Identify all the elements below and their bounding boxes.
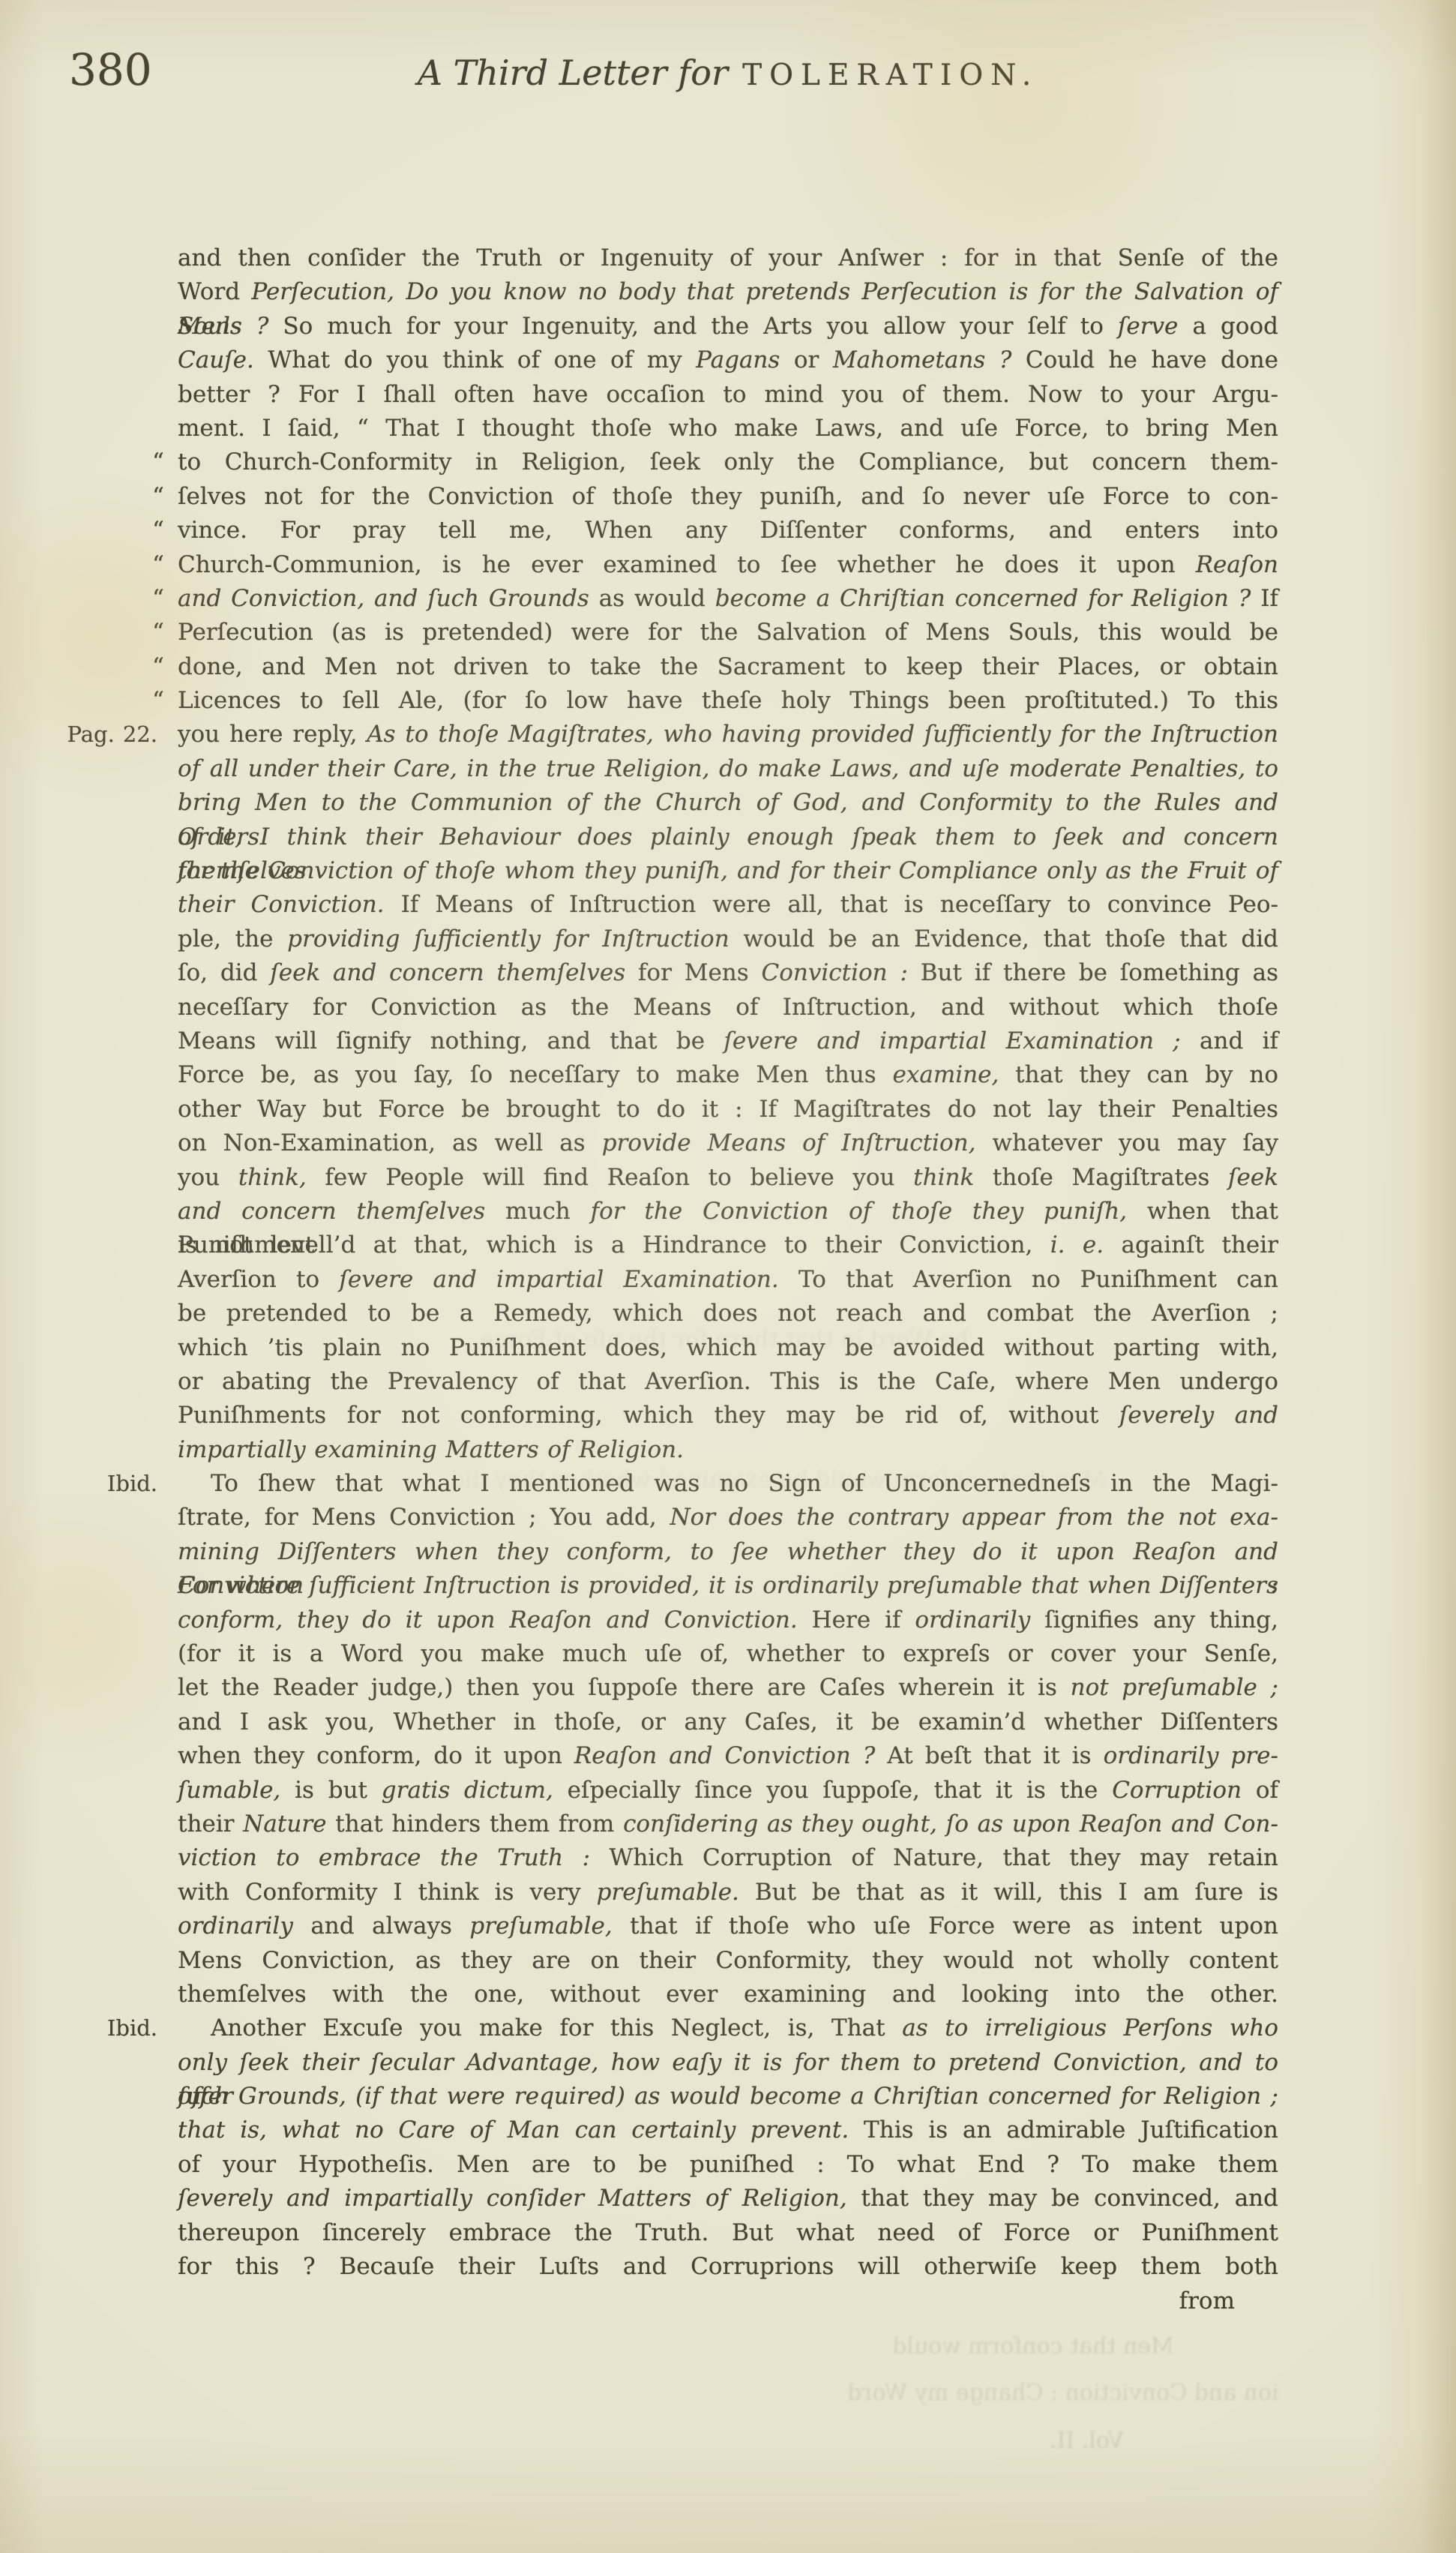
text-segment: ſuch Grounds, (if that were required) as… <box>178 2083 1278 2110</box>
text-segment: let the Reader judge,) then you ſuppoſe … <box>178 1674 1071 1701</box>
text-segment: you here reply, <box>178 721 367 748</box>
text-segment: to Church-Conformity in Religion, ſeek o… <box>178 448 1278 475</box>
text-segment: much <box>485 1198 590 1225</box>
text-segment: Corruption <box>1112 1777 1242 1804</box>
text-segment: Puniſhments for not conforming, which th… <box>178 1402 1119 1429</box>
text-segment: againſt their <box>1104 1231 1278 1258</box>
text-segment: ment. I ſaid, “ That I thought thoſe who… <box>178 415 1278 442</box>
text-segment: for the Conviction of thoſe whom they pu… <box>178 857 1278 884</box>
text-segment: and Conviction, and ſuch Grounds <box>178 585 599 612</box>
text-line: their Nature that hinders them from conſ… <box>178 1807 1278 1841</box>
text-segment: To ſhew that what I mentioned was no Sig… <box>211 1470 1278 1497</box>
text-line: or abating the Prevalency of that Averſi… <box>178 1365 1278 1399</box>
text-segment: that they can by no <box>999 1061 1278 1088</box>
book-page: 380 A Third Letter for TOLERATION. and t… <box>0 0 1456 2553</box>
text-segment: for the Conviction of thoſe they puniſh, <box>591 1198 1127 1225</box>
text-line: be pretended to be a Remedy, which does … <box>178 1297 1278 1330</box>
text-segment: for Mens <box>625 959 761 986</box>
text-segment: vince. For pray tell me, When any Diſſen… <box>178 517 1278 544</box>
text-line: “Church-Communion, is he ever examined t… <box>178 548 1278 582</box>
text-segment: and if <box>1181 1027 1278 1054</box>
text-line: with Conformity I think is very preſumab… <box>178 1876 1278 1909</box>
text-line: and concern themſelves much for the Conv… <box>178 1195 1278 1228</box>
quote-mark: “ <box>152 616 164 649</box>
text-line: Averſion to ſevere and impartial Examina… <box>178 1263 1278 1297</box>
text-segment: To that Averſion no Puniſhment can <box>779 1266 1278 1293</box>
text-segment: when they conform, do it upon <box>178 1742 574 1769</box>
text-line: and I ask you, Whether in thoſe, or any … <box>178 1705 1278 1739</box>
text-line: ſeverely and impartially conſider Matter… <box>178 2182 1278 2215</box>
text-segment: of <box>1242 1777 1278 1804</box>
text-segment: ſeverely and impartially conſider Matter… <box>178 2185 847 2212</box>
text-segment: better ? For I ſhall often have occaſion… <box>178 381 1278 408</box>
text-line: of it, I think their Behaviour does plai… <box>178 820 1278 854</box>
text-segment: that is, what no Care of Man can certain… <box>178 2116 849 2143</box>
text-segment: Perſecution (as is pretended) were for t… <box>178 619 1278 646</box>
text-segment: or abating the Prevalency of that Averſi… <box>178 1368 1278 1395</box>
margin-note: Ibid. <box>54 2011 157 2045</box>
text-segment: impartially examining Matters of Religio… <box>178 1436 684 1463</box>
text-segment: ſumable, <box>178 1777 280 1804</box>
quote-mark: “ <box>152 548 164 582</box>
text-segment: conſidering as they ought, ſo as upon Re… <box>623 1810 1278 1837</box>
text-segment: At beſt that it is <box>875 1742 1103 1769</box>
quote-mark: “ <box>152 684 164 718</box>
text-segment: you <box>178 1164 238 1191</box>
text-line: other Way but Force be brought to do it … <box>178 1093 1278 1126</box>
text-segment: become a Chriſtian concerned for Religio… <box>715 585 1260 612</box>
text-segment: neceſſary for Conviction as the Means of… <box>178 994 1278 1021</box>
text-line: conform, they do it upon Reaſon and Conv… <box>178 1603 1278 1637</box>
text-line: which ’tis plain no Puniſhment does, whi… <box>178 1331 1278 1365</box>
text-line: ſuch Grounds, (if that were required) as… <box>178 2080 1278 2113</box>
text-segment: for this ? Becauſe their Luſts and Corru… <box>178 2253 1278 2280</box>
text-segment: as to irreligious Perſons who <box>902 2014 1278 2041</box>
text-line: Souls ? So much for your Ingenuity, and … <box>178 310 1278 343</box>
text-segment: ſtrate, for Mens Conviction ; You add, <box>178 1504 670 1531</box>
text-line: impartially examining Matters of Religio… <box>178 1433 1278 1467</box>
text-segment: thoſe Magiſtrates <box>974 1164 1228 1191</box>
catchword: from <box>178 2284 1278 2318</box>
text-segment: ordinarily <box>915 1606 1030 1633</box>
text-segment: For where ſufficient Inſtruction is prov… <box>178 1572 1278 1599</box>
text-line: “and Conviction, and ſuch Grounds as wou… <box>178 582 1278 616</box>
text-segment: Cauſe. <box>178 346 254 373</box>
header-title-italic: A Third Letter for <box>418 52 728 93</box>
quote-mark: “ <box>152 480 164 514</box>
text-segment: that hinders them from <box>327 1810 624 1837</box>
text-segment: So much for your Ingenuity, and the Arts… <box>283 313 1118 340</box>
bleedthrough-text: Vol. II. <box>1050 2425 1124 2457</box>
text-segment: as would <box>599 585 715 612</box>
margin-note: Ibid. <box>54 1467 157 1501</box>
text-segment: ſelves not for the Conviction of thoſe t… <box>178 483 1278 510</box>
text-segment: and then conſider the Truth or Ingenuity… <box>178 244 1278 271</box>
bleedthrough-text: Men that conform would <box>892 2331 1174 2362</box>
text-segment: preſumable, <box>469 1912 612 1939</box>
text-line: “ſelves not for the Conviction of thoſe … <box>178 480 1278 514</box>
text-line: for this ? Becauſe their Luſts and Corru… <box>178 2250 1278 2284</box>
text-segment: themſelves with the one, without ever ex… <box>178 1981 1278 2008</box>
text-segment: and concern themſelves <box>178 1198 485 1225</box>
text-line: “Licences to ſell Ale, (for ſo low have … <box>178 684 1278 718</box>
text-segment: their <box>178 1810 243 1837</box>
text-segment: think <box>913 1164 974 1191</box>
text-segment: Force be, as you ſay, ſo neceſſary to ma… <box>178 1061 893 1088</box>
text-segment: or <box>780 346 833 373</box>
text-segment: Nature <box>243 1810 326 1837</box>
text-line: mining Diſſenters when they conform, to … <box>178 1535 1278 1569</box>
text-line: Word Perſecution, Do you know no body th… <box>178 275 1278 309</box>
text-line: of your Hypotheſis. Men are to be puniſh… <box>178 2148 1278 2182</box>
text-segment: not preſumable ; <box>1071 1674 1278 1701</box>
bleedthrough-text: ion and Conviction : Change my Word <box>847 2377 1279 2409</box>
text-line: neceſſary for Conviction as the Means of… <box>178 991 1278 1024</box>
text-segment: Could he have done <box>1011 346 1278 373</box>
text-line: Means will ſignify nothing, and that be … <box>178 1024 1278 1058</box>
text-line: their Conviction. If Means of Inſtructio… <box>178 888 1278 922</box>
text-segment: Reaſon <box>1196 551 1278 578</box>
text-segment: ſerve <box>1118 313 1179 340</box>
text-line: For where ſufficient Inſtruction is prov… <box>178 1569 1278 1603</box>
text-segment: Mens Conviction, as they are on their Co… <box>178 1947 1278 1974</box>
text-segment: on Non-Examination, as well as <box>178 1129 602 1156</box>
text-segment: whatever you may ſay <box>975 1129 1278 1156</box>
text-segment: ordinarily pre- <box>1104 1742 1278 1769</box>
text-line: “vince. For pray tell me, When any Diſſe… <box>178 514 1278 547</box>
text-segment: a good <box>1178 313 1278 340</box>
text-segment: done, and Men not driven to take the Sac… <box>178 653 1278 680</box>
text-block: and then conſider the Truth or Ingenuity… <box>178 241 1278 2284</box>
text-line: (for it is a Word you make much uſe of, … <box>178 1637 1278 1671</box>
text-segment: Averſion to <box>178 1266 339 1293</box>
text-segment: Pagans <box>696 346 780 373</box>
text-segment: that if thoſe who uſe Force were as inte… <box>613 1912 1278 1939</box>
text-segment: ſevere and impartial Examination. <box>339 1266 778 1293</box>
text-segment: few People will find Reaſon to believe y… <box>307 1164 913 1191</box>
text-segment: If Means of Inſtruction were all, that i… <box>385 891 1278 918</box>
text-line: for the Conviction of thoſe whom they pu… <box>178 854 1278 888</box>
text-line: Ibid.Another Excuſe you make for this Ne… <box>178 2011 1278 2045</box>
quote-mark: “ <box>152 514 164 547</box>
text-line: on Non-Examination, as well as provide M… <box>178 1126 1278 1160</box>
text-segment: Mahometans ? <box>833 346 1012 373</box>
text-line: Cauſe. What do you think of one of my Pa… <box>178 343 1278 377</box>
text-segment: ſeek and concern themſelves <box>270 959 625 986</box>
text-segment: But be that as it will, this I am ſure i… <box>739 1879 1278 1906</box>
text-segment: is but <box>280 1777 382 1804</box>
text-segment: This is an admirable Juſtification <box>849 2116 1278 2143</box>
text-line: ment. I ſaid, “ That I thought thoſe who… <box>178 412 1278 445</box>
running-header: A Third Letter for TOLERATION. <box>178 52 1278 93</box>
text-segment: be pretended to be a Remedy, which does … <box>178 1300 1278 1327</box>
text-line: only ſeek their ſecular Advantage, how e… <box>178 2046 1278 2080</box>
text-line: ſtrate, for Mens Conviction ; You add, N… <box>178 1501 1278 1534</box>
text-segment: Reaſon and Conviction ? <box>574 1742 875 1769</box>
quote-mark: “ <box>152 445 164 479</box>
text-segment: ſeverely and <box>1119 1402 1278 1429</box>
text-line: bring Men to the Communion of the Church… <box>178 786 1278 820</box>
text-segment: i. e. <box>1050 1231 1104 1258</box>
text-line: and then conſider the Truth or Ingenuity… <box>178 241 1278 275</box>
text-segment: Nor does the contrary appear from the no… <box>670 1504 1278 1531</box>
text-line: let the Reader judge,) then you ſuppoſe … <box>178 1671 1278 1705</box>
text-segment: Church-Communion, is he ever examined to… <box>178 551 1196 578</box>
header-title-caps: TOLERATION. <box>742 58 1038 92</box>
text-segment: (for it is a Word you make much uſe of, … <box>178 1640 1278 1667</box>
text-segment: Word <box>178 278 251 305</box>
text-line: “to Church-Conformity in Religion, ſeek … <box>178 445 1278 479</box>
text-line: Ibid.To ſhew that what I mentioned was n… <box>178 1467 1278 1501</box>
text-segment: and always <box>293 1912 470 1939</box>
text-segment: What do you think of one of my <box>254 346 696 373</box>
text-segment: is not levell’d at that, which is a Hind… <box>178 1231 1050 1258</box>
text-segment: ſevere and impartial Examination ; <box>724 1027 1180 1054</box>
text-line: when they conform, do it upon Reaſon and… <box>178 1739 1278 1773</box>
text-segment: of all under their Care, in the true Rel… <box>178 755 1278 782</box>
text-line: viction to embrace the Truth : Which Cor… <box>178 1841 1278 1875</box>
quote-mark: “ <box>152 650 164 684</box>
text-segment: conform, they do it upon Reaſon and Conv… <box>178 1606 798 1633</box>
text-segment: that they may be convinced, and <box>847 2185 1278 2212</box>
page-number: 380 <box>69 48 152 91</box>
text-segment: Conviction : <box>762 959 908 986</box>
text-segment: ple, the <box>178 925 287 952</box>
text-segment: ſo, did <box>178 959 270 986</box>
text-line: themſelves with the one, without ever ex… <box>178 1978 1278 2011</box>
text-segment: If <box>1260 585 1278 612</box>
text-line: ple, the providing ſufficiently for Inſt… <box>178 922 1278 956</box>
text-line: ordinarily and always preſumable, that i… <box>178 1909 1278 1943</box>
text-line: Force be, as you ſay, ſo neceſſary to ma… <box>178 1058 1278 1092</box>
text-line: Mens Conviction, as they are on their Co… <box>178 1944 1278 1978</box>
text-segment: would be an Evidence, that thoſe that di… <box>729 925 1278 952</box>
text-segment: their Conviction. <box>178 891 385 918</box>
text-line: that is, what no Care of Man can certain… <box>178 2113 1278 2147</box>
text-segment: Means will ſignify nothing, and that be <box>178 1027 724 1054</box>
text-segment: thereupon ſincerely embrace the Truth. B… <box>178 2219 1278 2246</box>
text-segment: provide Means of Inſtruction, <box>602 1129 976 1156</box>
text-segment: of your Hypotheſis. Men are to be puniſh… <box>178 2151 1278 2178</box>
text-segment: examine, <box>893 1061 999 1088</box>
text-line: “Perſecution (as is pretended) were for … <box>178 616 1278 649</box>
text-segment: As to thoſe Magiſtrates, who having prov… <box>367 721 1278 748</box>
text-line: thereupon ſincerely embrace the Truth. B… <box>178 2216 1278 2250</box>
text-line: Pag. 22.you here reply, As to thoſe Magi… <box>178 718 1278 751</box>
margin-note: Pag. 22. <box>54 718 157 751</box>
text-segment: other Way but Force be brought to do it … <box>178 1096 1278 1123</box>
text-segment: think, <box>238 1164 307 1191</box>
text-segment: Souls ? <box>178 313 283 340</box>
text-segment: ordinarily <box>178 1912 293 1939</box>
text-segment: Licences to ſell Ale, (for ſo low have t… <box>178 687 1278 714</box>
text-segment: Another Excuſe you make for this Neglect… <box>211 2014 902 2041</box>
text-line: Puniſhments for not conforming, which th… <box>178 1399 1278 1432</box>
text-segment: gratis dictum, <box>382 1777 553 1804</box>
text-line: “done, and Men not driven to take the Sa… <box>178 650 1278 684</box>
text-segment: viction to embrace the Truth : <box>178 1844 590 1871</box>
text-segment: with Conformity I think is very <box>178 1879 597 1906</box>
text-line: ſumable, is but gratis dictum, eſpeciall… <box>178 1774 1278 1807</box>
text-segment: Here if <box>798 1606 915 1633</box>
text-segment: ſignifies any thing, <box>1030 1606 1278 1633</box>
text-line: of all under their Care, in the true Rel… <box>178 752 1278 786</box>
text-line: ſo, did ſeek and concern themſelves for … <box>178 956 1278 990</box>
text-line: you think, few People will find Reaſon t… <box>178 1161 1278 1195</box>
text-segment: Which Corruption of Nature, that they ma… <box>590 1844 1278 1871</box>
text-segment: But if there be ſomething as <box>908 959 1278 986</box>
text-segment: ſeek <box>1228 1164 1278 1191</box>
quote-mark: “ <box>152 582 164 616</box>
text-line: better ? For I ſhall often have occaſion… <box>178 378 1278 412</box>
text-segment: providing ſufficiently for Inſtruction <box>287 925 729 952</box>
text-line: is not levell’d at that, which is a Hind… <box>178 1228 1278 1262</box>
text-segment: which ’tis plain no Puniſhment does, whi… <box>178 1334 1278 1361</box>
text-segment: eſpecially ſince you ſuppoſe, that it is… <box>553 1777 1112 1804</box>
text-segment: and I ask you, Whether in thoſe, or any … <box>178 1708 1278 1735</box>
text-segment: preſumable. <box>597 1879 739 1906</box>
